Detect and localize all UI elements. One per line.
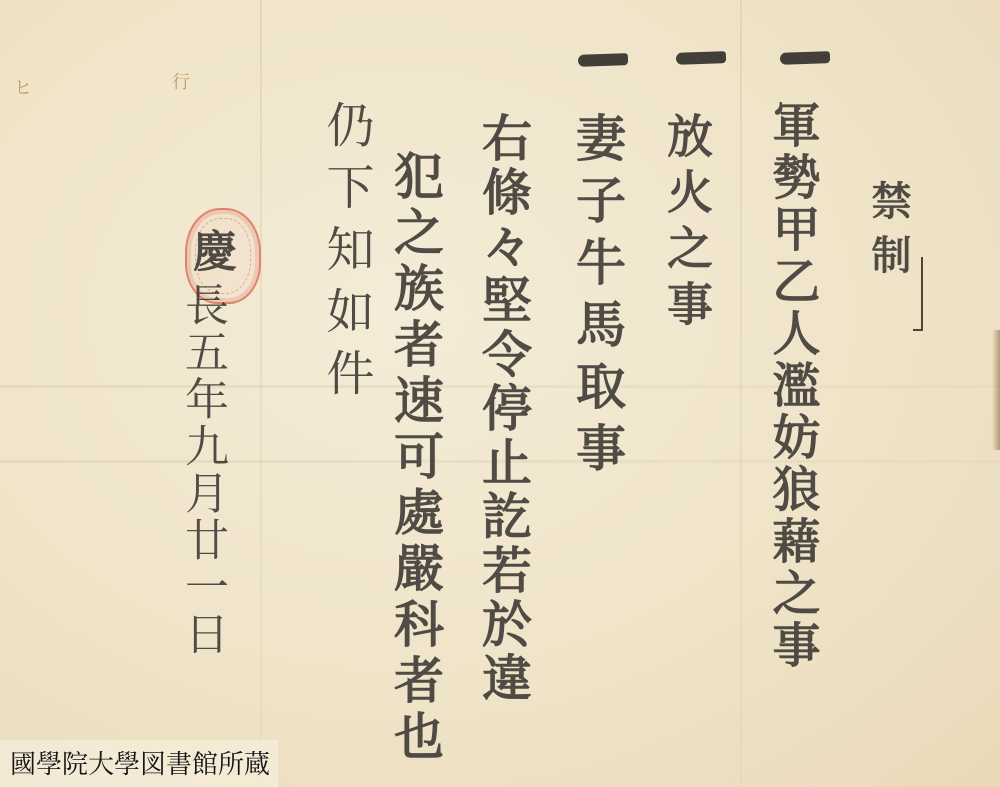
paper-fold-line [260,0,262,787]
body-line-2: 犯之族者速可處嚴科者也 [390,150,440,766]
stain-mark: ヒ [14,74,32,100]
article-marker-2 [676,51,726,65]
paper-edge-shadow [992,330,1000,450]
article-marker-1 [780,51,830,65]
document-title: 禁制 [868,180,908,288]
date-era-char: 慶 [188,228,232,278]
document-scan: ヒ 行 禁制 軍勢甲乙人濫妨狼藉之事 放火之事 妻子牛馬取事 右條々堅令停止訖若… [0,0,1000,787]
title-bracket [913,257,923,331]
article-3-text: 妻子牛馬取事 [572,112,622,484]
stain-mark: 行 [172,68,190,94]
article-2-text: 放火之事 [664,112,710,336]
paper-fold-line [740,0,742,787]
date-line: 長五年九月廿一日 [180,282,224,658]
article-1-text: 軍勢甲乙人濫妨狼藉之事 [768,100,816,672]
body-line-3: 仍下知如件 [322,100,370,410]
article-marker-3 [578,53,628,67]
body-line-1: 右條々堅令停止訖若於違 [478,112,528,706]
library-attribution-caption: 國學院大學図書館所蔵 [0,740,278,787]
